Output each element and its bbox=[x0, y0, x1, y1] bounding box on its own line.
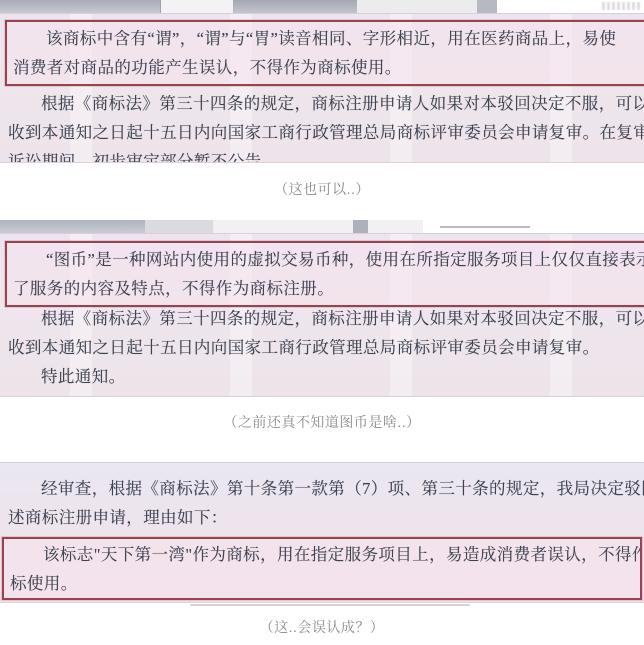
scan-edge-artifact-top bbox=[0, 0, 644, 13]
notice-line: 述商标注册申请，理由如下： bbox=[0, 503, 644, 532]
highlight-box-2: “图币”是一种网站内使用的虚拟交易币种，使用在所指定服务项目上仅仅直接表示 了服… bbox=[5, 241, 644, 307]
notice-line: 消费者对商品的功能产生误认，不得作为商标使用。 bbox=[7, 53, 644, 82]
notice-body-1: 根据《商标法》第三十四条的规定，商标注册申请人如果对本驳回决定不服，可以自 收到… bbox=[0, 89, 644, 163]
notice-line: 诉讼期间，初步审定部分暂不公告。 bbox=[0, 147, 644, 163]
artifact-segment bbox=[368, 220, 423, 233]
artifact-segment bbox=[145, 220, 213, 233]
artifact-segment bbox=[353, 220, 368, 233]
artifact-segment bbox=[477, 0, 497, 13]
notice-line: 特此通知。 bbox=[0, 362, 644, 391]
highlight-box-1: 该商标中含有“谓”，“谓”与“胃”读音相同、字形相近，用在医药商品上，易使 消费… bbox=[5, 20, 644, 86]
artifact-segment bbox=[233, 0, 357, 13]
article-image-page: 该商标中含有“谓”，“谓”与“胃”读音相同、字形相近，用在医药商品上，易使 消费… bbox=[0, 0, 644, 645]
caption-1: （这也可以..） bbox=[0, 179, 644, 199]
notice-line: 经审查，根据《商标法》第十条第一款第（7）项、第三十条的规定，我局决定驳回上 bbox=[0, 474, 644, 503]
rejection-notice-scan-3: 经审查，根据《商标法》第十条第一款第（7）项、第三十条的规定，我局决定驳回上 述… bbox=[0, 462, 644, 603]
scan-corner-smudge bbox=[602, 2, 640, 10]
notice-line: “图币”是一种网站内使用的虚拟交易币种，使用在所指定服务项目上仅仅直接表示 bbox=[7, 245, 644, 274]
notice-line: 该商标中含有“谓”，“谓”与“胃”读音相同、字形相近，用在医药商品上，易使 bbox=[7, 24, 644, 53]
notice-line: 标使用。 bbox=[4, 569, 640, 598]
notice-line: 收到本通知之日起十五日内向国家工商行政管理总局商标评审委员会申请复审。在复审及 bbox=[0, 118, 644, 147]
rejection-notice-scan-2: “图币”是一种网站内使用的虚拟交易币种，使用在所指定服务项目上仅仅直接表示 了服… bbox=[0, 233, 644, 397]
artifact-segment bbox=[0, 0, 160, 13]
artifact-segment bbox=[440, 226, 530, 228]
notice-line: 收到本通知之日起十五日内向国家工商行政管理总局商标评审委员会申请复审。 bbox=[0, 333, 644, 362]
caption-2: （之前还真不知道图币是啥..） bbox=[0, 412, 644, 432]
artifact-segment bbox=[160, 0, 234, 13]
highlight-box-3: 该标志"天下第一湾"作为商标，用在指定服务项目上，易造成消费者误认，不得作为商 … bbox=[2, 537, 642, 600]
notice-body-3: 经审查，根据《商标法》第十条第一款第（7）项、第三十条的规定，我局决定驳回上 述… bbox=[0, 474, 644, 532]
notice-body-2: 根据《商标法》第三十四条的规定，商标注册申请人如果对本驳回决定不服，可以自 收到… bbox=[0, 304, 644, 391]
notice-line: 该标志"天下第一湾"作为商标，用在指定服务项目上，易造成消费者误认，不得作为商 bbox=[4, 540, 640, 569]
artifact-segment bbox=[0, 220, 145, 233]
scan-smudge-line bbox=[190, 604, 470, 606]
artifact-segment bbox=[213, 220, 353, 233]
notice-line: 根据《商标法》第三十四条的规定，商标注册申请人如果对本驳回决定不服，可以自 bbox=[0, 304, 644, 333]
notice-line: 根据《商标法》第三十四条的规定，商标注册申请人如果对本驳回决定不服，可以自 bbox=[0, 89, 644, 118]
artifact-segment bbox=[357, 0, 477, 13]
caption-3: （这..会误认成？） bbox=[0, 617, 644, 637]
rejection-notice-scan-1: 该商标中含有“谓”，“谓”与“胃”读音相同、字形相近，用在医药商品上，易使 消费… bbox=[0, 13, 644, 163]
notice-line: 了服务的内容及特点，不得作为商标注册。 bbox=[7, 274, 644, 303]
scan-edge-artifact-mid bbox=[0, 220, 644, 233]
